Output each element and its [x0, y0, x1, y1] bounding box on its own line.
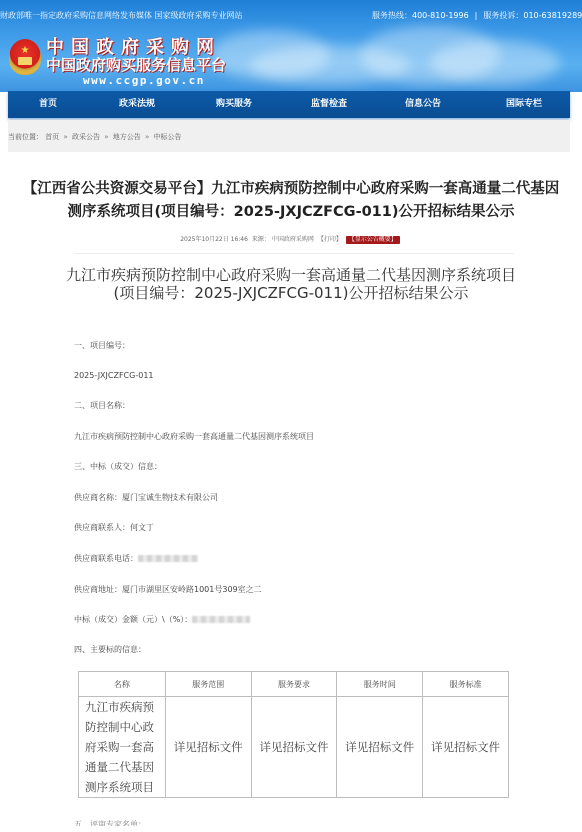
complaint-label: 服务投诉：	[483, 11, 523, 20]
complaint-number: 010-63819289	[523, 11, 582, 20]
nav-item-regulations[interactable]: 政采法规	[97, 91, 177, 118]
supplier-name: 厦门宝诚生物技术有限公司	[122, 493, 218, 502]
breadcrumb: 当前位置： 首页 » 政采公告 » 地方公告 » 中标公告	[8, 132, 182, 142]
top-info-bar: 财政部唯一指定政府采购信息网络发布媒体 国家级政府采购专业网站 服务热线：400…	[0, 9, 582, 23]
supplier-phone-row: 供应商联系电话：	[74, 553, 198, 564]
cell-scope: 详见招标文件	[165, 697, 251, 798]
section-2-heading: 二、项目名称：	[74, 400, 130, 411]
logo-subtitle[interactable]: 中国政府购买服务信息平台	[46, 57, 226, 74]
section-1-heading: 一、项目编号：	[74, 340, 130, 351]
section-3-heading: 三、中标（成交）信息：	[74, 461, 162, 472]
nav-item-home[interactable]: 首页	[8, 91, 88, 118]
redacted-amount	[192, 616, 250, 623]
content-title: 九江市疾病预防控制中心政府采购一套高通量二代基因测序系统项目(项目编号：2025…	[60, 266, 522, 302]
breadcrumb-separator: »	[104, 133, 108, 141]
table-header-row: 名称 服务范围 服务要求 服务时间 服务标准	[79, 672, 509, 697]
breadcrumb-prefix: 当前位置：	[8, 133, 43, 141]
site-slogan: 财政部唯一指定政府采购信息网络发布媒体 国家级政府采购专业网站	[0, 9, 243, 23]
subject-info-table: 名称 服务范围 服务要求 服务时间 服务标准 九江市疾病预防控制中心政府采购一套…	[78, 671, 509, 798]
article-title: 【江西省公共资源交易平台】九江市疾病预防控制中心政府采购一套高通量二代基因测序系…	[20, 178, 562, 224]
cell-standard: 详见招标文件	[423, 697, 509, 798]
publish-datetime: 2025年10月22日 16:46	[180, 236, 248, 243]
table-row: 九江市疾病预防控制中心政府采购一套高通量二代基因测序系统项目 详见招标文件 详见…	[79, 697, 509, 798]
cloud-decoration	[430, 40, 560, 85]
supplier-contact-row: 供应商联系人：何文丁	[74, 522, 154, 533]
contact-separator: |	[475, 11, 478, 20]
breadcrumb-local-notices[interactable]: 地方公告	[113, 133, 141, 141]
supplier-contact: 何文丁	[130, 523, 154, 532]
column-header-scope: 服务范围	[165, 672, 251, 697]
source-name: 中国政府采购网	[272, 236, 314, 243]
section-4-heading: 四、主要标的信息：	[74, 644, 146, 655]
logo-url[interactable]: www.ccgp.gov.cn	[83, 74, 205, 87]
award-amount-row: 中标（成交）金额（元）\（%）：	[74, 614, 250, 625]
breadcrumb-home[interactable]: 首页	[45, 133, 59, 141]
breadcrumb-award-notices[interactable]: 中标公告	[154, 133, 182, 141]
supplier-contact-label: 供应商联系人：	[74, 523, 130, 532]
breadcrumb-bar: 当前位置： 首页 » 政采公告 » 地方公告 » 中标公告	[8, 120, 570, 152]
column-header-time: 服务时间	[337, 672, 423, 697]
breadcrumb-procurement-notices[interactable]: 政采公告	[72, 133, 100, 141]
supplier-address: 厦门市湖里区安岭路1001号309室之二	[122, 585, 262, 594]
supplier-phone-label: 供应商联系电话：	[74, 554, 138, 563]
redacted-phone	[138, 555, 198, 562]
hotline-label: 服务热线：	[372, 11, 412, 20]
nav-item-international[interactable]: 国际专栏	[484, 91, 564, 118]
section-5-heading: 五、评审专家名单：	[74, 820, 146, 830]
breadcrumb-separator: »	[63, 133, 67, 141]
column-header-requirements: 服务要求	[251, 672, 337, 697]
column-header-name: 名称	[79, 672, 166, 697]
supplier-name-label: 供应商名称：	[74, 493, 122, 502]
logo-title[interactable]: 中国政府采购网	[46, 38, 221, 58]
divider	[74, 253, 514, 254]
award-amount-label: 中标（成交）金额（元）\（%）：	[74, 615, 192, 624]
site-banner: 财政部唯一指定政府采购信息网络发布媒体 国家级政府采购专业网站 服务热线：400…	[0, 0, 582, 92]
hotline-number: 400-810-1996	[412, 11, 469, 20]
print-link[interactable]: 【打印】	[318, 236, 342, 243]
supplier-address-label: 供应商地址：	[74, 585, 122, 594]
cell-time: 详见招标文件	[337, 697, 423, 798]
article-meta: 2025年10月22日 16:46 来源：中国政府采购网 【打印】 【显示公告概…	[0, 235, 582, 244]
project-name: 九江市疾病预防控制中心政府采购一套高通量二代基因测序系统项目	[74, 431, 314, 442]
nav-item-announcements[interactable]: 信息公告	[383, 91, 463, 118]
national-emblem-icon[interactable]: ★	[9, 39, 41, 75]
cell-requirements: 详见招标文件	[251, 697, 337, 798]
breadcrumb-separator: »	[145, 133, 149, 141]
contact-info: 服务热线：400-810-1996|服务投诉：010-63819289	[372, 9, 582, 23]
supplier-name-row: 供应商名称：厦门宝诚生物技术有限公司	[74, 492, 218, 503]
cell-project-name: 九江市疾病预防控制中心政府采购一套高通量二代基因测序系统项目	[79, 697, 166, 798]
nav-item-purchase-services[interactable]: 购买服务	[194, 91, 274, 118]
main-nav: 首页 政采法规 购买服务 监督检查 信息公告 国际专栏	[8, 91, 570, 118]
column-header-standard: 服务标准	[423, 672, 509, 697]
project-number: 2025-JXJCZFCG-011	[74, 370, 154, 381]
nav-item-supervision[interactable]: 监督检查	[289, 91, 369, 118]
source-label: 来源：	[252, 236, 270, 243]
show-summary-button[interactable]: 【显示公告概要】	[346, 236, 400, 244]
supplier-address-row: 供应商地址：厦门市湖里区安岭路1001号309室之二	[74, 584, 262, 595]
